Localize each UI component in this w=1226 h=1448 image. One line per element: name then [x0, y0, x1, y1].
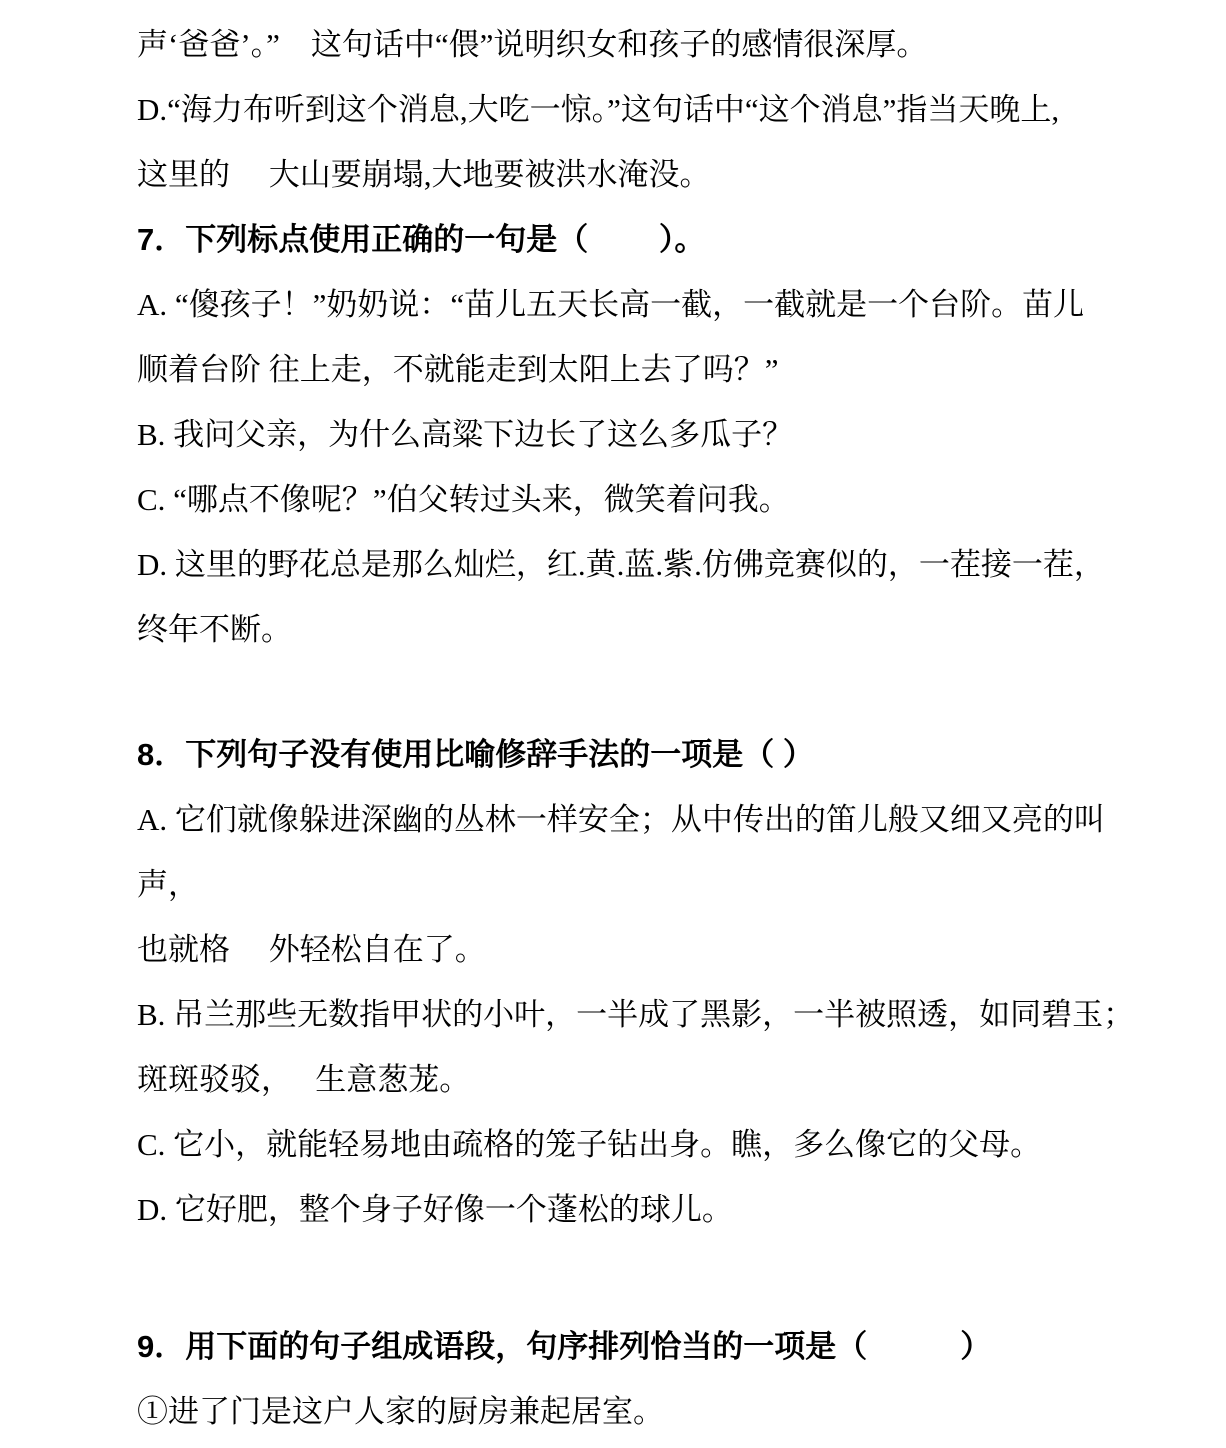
q7-option-b: B. 我问父亲，为什么高粱下边长了这么多瓜子？ [137, 402, 1146, 467]
prev-question-option-d-continuation: 这里的 大山要崩塌,大地要被洪水淹没。 [137, 142, 1146, 207]
question-8-heading: 8．下列句子没有使用比喻修辞手法的一项是（ ） [137, 722, 1146, 787]
q8-option-b: B. 吊兰那些无数指甲状的小叶，一半成了黑影，一半被照透，如同碧玉； [137, 982, 1146, 1047]
q8-option-a-continuation: 也就格 外轻松自在了。 [137, 917, 1146, 982]
prev-question-option-d: D.“海力布听到这个消息,大吃一惊。”这句话中“这个消息”指当天晚上, [137, 77, 1146, 142]
q8-option-c: C. 它小，就能轻易地由疏格的笼子钻出身。瞧，多么像它的父母。 [137, 1112, 1146, 1177]
q7-option-d: D. 这里的野花总是那么灿烂，红.黄.蓝.紫.仿佛竞赛似的，一茬接一茬， [137, 532, 1146, 597]
q7-option-c: C. “哪点不像呢？”伯父转过头来，微笑着问我。 [137, 467, 1146, 532]
q9-sentence-1: ①进了门是这户人家的厨房兼起居室。 [137, 1379, 1146, 1444]
question-7-heading: 7．下列标点使用正确的一句是（ ）。 [137, 207, 1146, 272]
q8-option-d: D. 它好肥，整个身子好像一个蓬松的球儿。 [137, 1177, 1146, 1242]
q8-option-b-continuation: 斑斑驳驳， 生意葱茏。 [137, 1047, 1146, 1112]
q7-option-a-continuation: 顺着台阶 往上走，不就能走到太阳上去了吗？” [137, 337, 1146, 402]
document-page: 声‘爸爸’。” 这句话中“偎”说明织女和孩子的感情很深厚。 D.“海力布听到这个… [0, 0, 1226, 1448]
q8-option-a: A. 它们就像躲进深幽的丛林一样安全；从中传出的笛儿般又细又亮的叫声， [137, 787, 1146, 917]
prev-question-option-c-continuation: 声‘爸爸’。” 这句话中“偎”说明织女和孩子的感情很深厚。 [137, 12, 1146, 77]
question-9-heading: 9．用下面的句子组成语段，句序排列恰当的一项是（ ） [137, 1314, 1146, 1379]
q7-option-d-continuation: 终年不断。 [137, 597, 1146, 662]
q7-option-a: A. “傻孩子！”奶奶说：“苗儿五天长高一截，一截就是一个台阶。苗儿 [137, 272, 1146, 337]
